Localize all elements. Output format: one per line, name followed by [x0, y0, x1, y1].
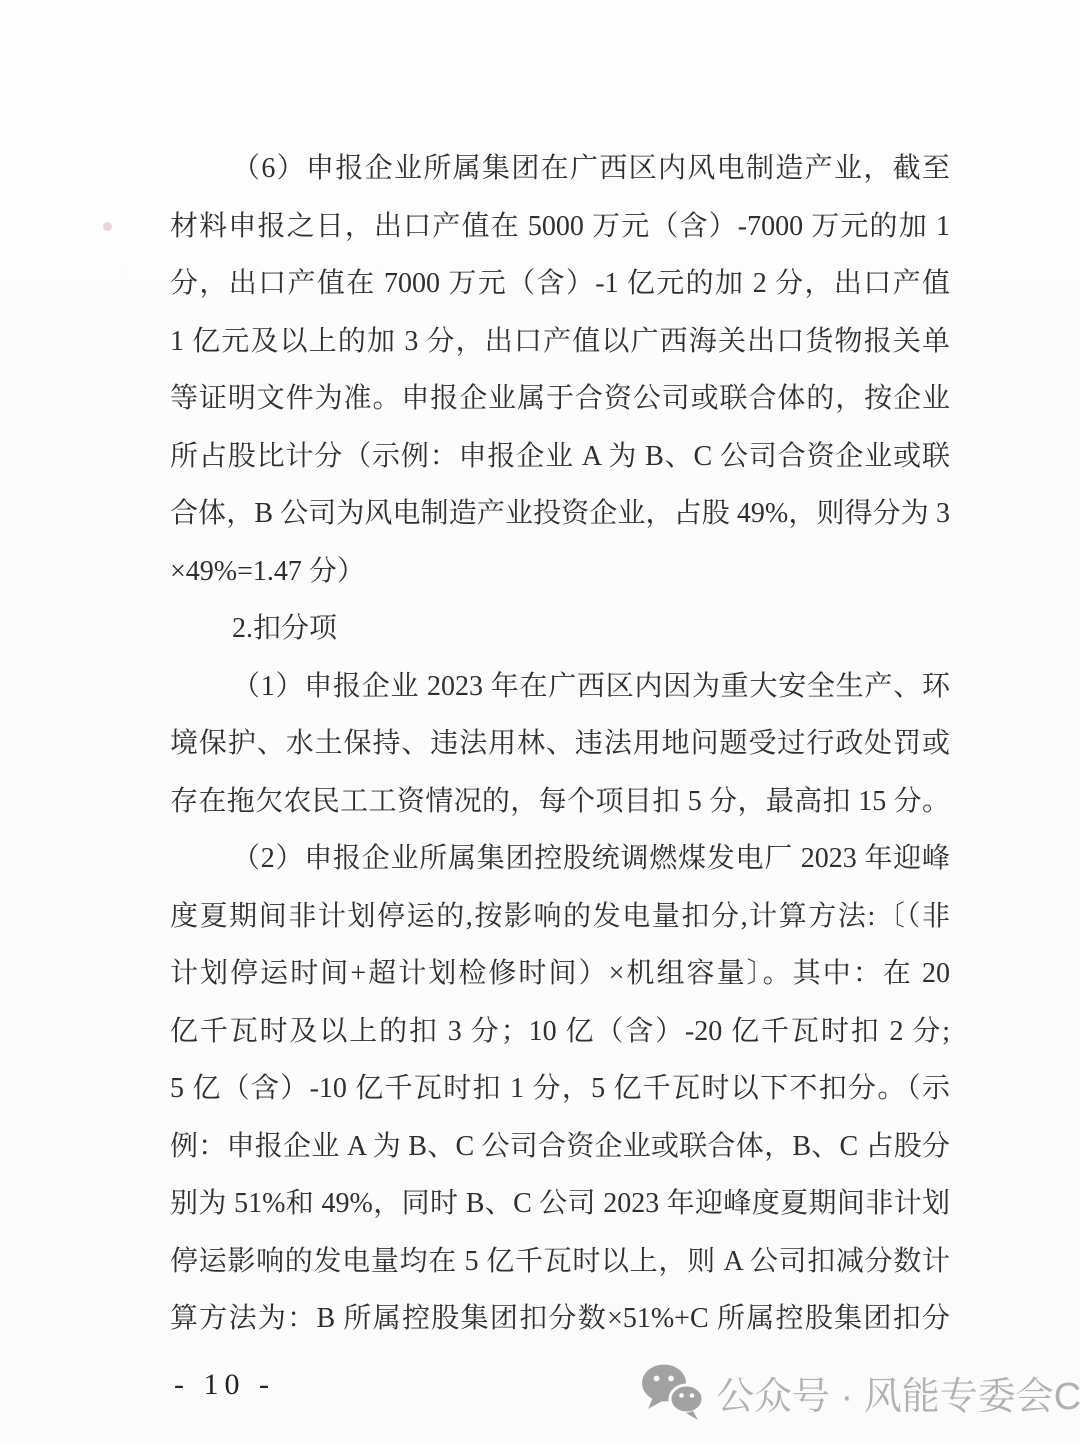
text-line: （6）申报企业所属集团在广西区内风电制造产业，截至 [170, 140, 950, 198]
text-line: 算方法为：B 所属控股集团扣分数×51%+C 所属控股集团扣分 [170, 1290, 950, 1348]
watermark-text: 公众号 · 风能专委会CWEA [716, 1365, 1080, 1420]
text-line: 材料申报之日，出口产值在 5000 万元（含）-7000 万元的加 1 [170, 198, 950, 256]
text-line: （1）申报企业 2023 年在广西区内因为重大安全生产、环 [170, 658, 950, 716]
text-line: 例：申报企业 A 为 B、C 公司合资企业或联合体，B、C 占股分 [170, 1118, 950, 1176]
scan-artifact [103, 222, 112, 231]
text-line: 度夏期间非计划停运的,按影响的发电量扣分,计算方法:〔（非 [170, 888, 950, 946]
document-page: （6）申报企业所属集团在广西区内风电制造产业，截至 材料申报之日，出口产值在 5… [0, 0, 1080, 1445]
page-number: - 10 - [174, 1368, 275, 1402]
text-line: 别为 51%和 49%，同时 B、C 公司 2023 年迎峰度夏期间非计划 [170, 1175, 950, 1233]
text-line: 5 亿（含）-10 亿千瓦时扣 1 分，5 亿千瓦时以下不扣分。（示 [170, 1060, 950, 1118]
text-line: 分，出口产值在 7000 万元（含）-1 亿元的加 2 分，出口产值 [170, 255, 950, 313]
text-line: 计划停运时间+超计划检修时间）×机组容量〕。其中：在 20 [170, 945, 950, 1003]
section-heading: 2.扣分项 [170, 600, 950, 658]
text-line: 存在拖欠农民工工资情况的，每个项目扣 5 分，最高扣 15 分。 [170, 773, 950, 831]
watermark: 公众号 · 风能专委会CWEA [640, 1362, 1080, 1422]
text-line: 亿千瓦时及以上的扣 3 分；10 亿（含）-20 亿千瓦时扣 2 分; [170, 1003, 950, 1061]
wechat-icon [640, 1362, 704, 1422]
text-line: 1 亿元及以上的加 3 分，出口产值以广西海关出口货物报关单 [170, 313, 950, 371]
text-line: 境保护、水土保持、违法用林、违法用地问题受过行政处罚或 [170, 715, 950, 773]
text-line: ×49%=1.47 分） [170, 543, 950, 601]
text-line: 所占股比计分（示例：申报企业 A 为 B、C 公司合资企业或联 [170, 428, 950, 486]
text-line: 等证明文件为准。申报企业属于合资公司或联合体的，按企业 [170, 370, 950, 428]
text-line: 停运影响的发电量均在 5 亿千瓦时以上，则 A 公司扣减分数计 [170, 1233, 950, 1291]
text-line: （2）申报企业所属集团控股统调燃煤发电厂 2023 年迎峰 [170, 830, 950, 888]
body-text: （6）申报企业所属集团在广西区内风电制造产业，截至 材料申报之日，出口产值在 5… [170, 140, 950, 1348]
text-line: 合体，B 公司为风电制造产业投资企业，占股 49%，则得分为 3 [170, 485, 950, 543]
